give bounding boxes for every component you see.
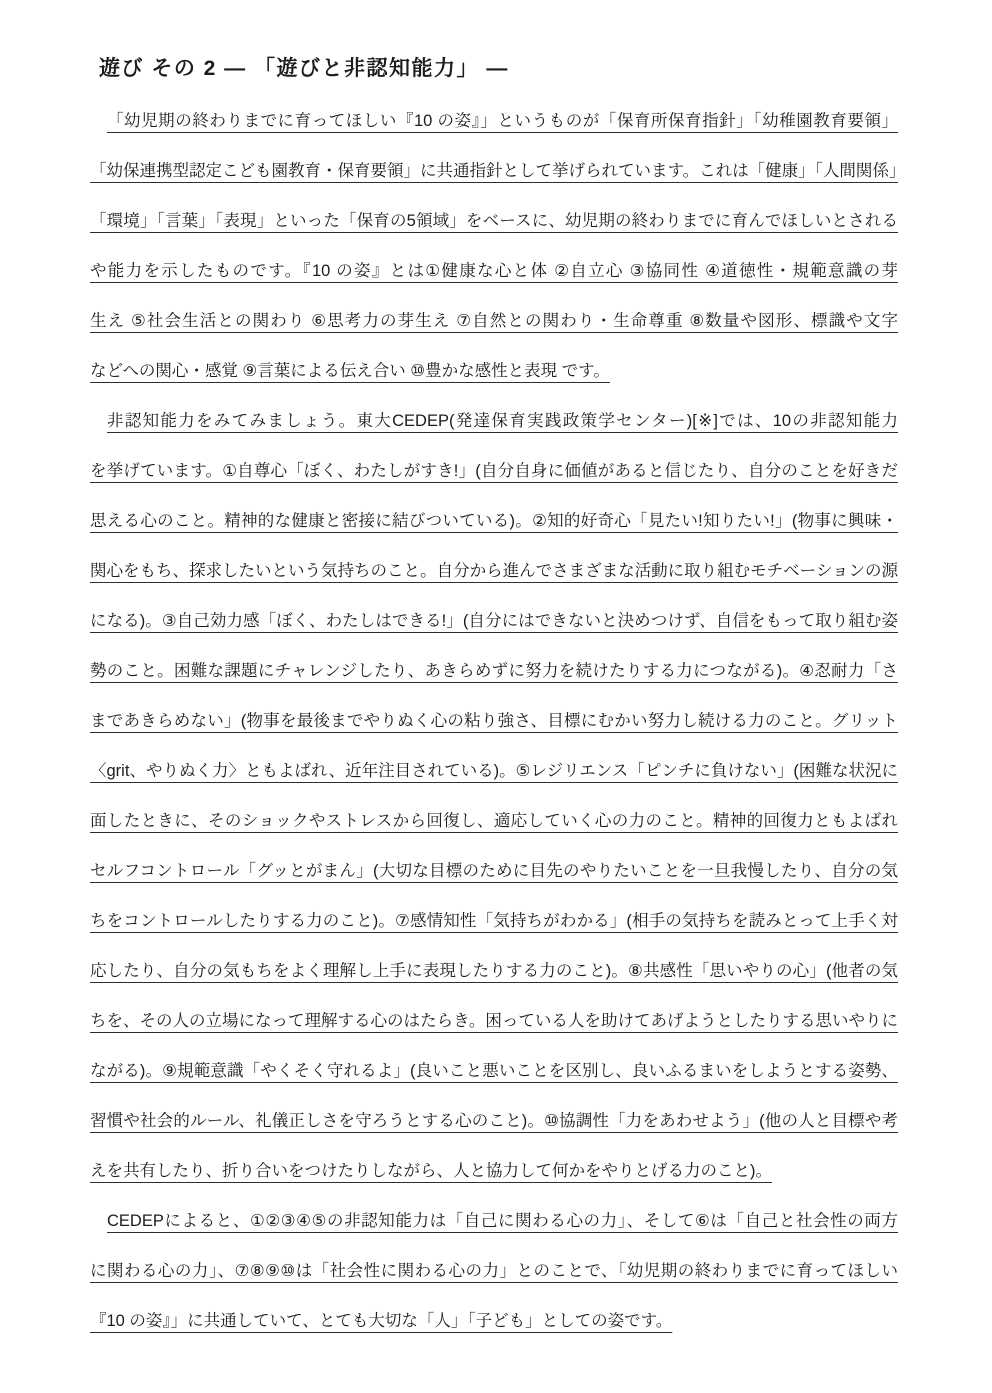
document-title: 遊び その 2 ― 「遊びと非認知能力」 ― — [99, 52, 509, 82]
text-line: や能力を示したものです。『10 の姿』とは①健康な心と体 ②自立心 ③協同性 ④… — [90, 246, 898, 296]
text-line: まであきらめない」(物事を最後までやりぬく心の粘り強さ、目標にむかい努力し続ける… — [90, 696, 898, 746]
text-line: えを共有したり、折り合いをつけたりしながら、人と協力して何かをやりとげる力のこと… — [90, 1146, 898, 1196]
text-line: に関わる心の力」、⑦⑧⑨⑩は「社会性に関わる心の力」とのことで、「幼児期の終わり… — [90, 1246, 898, 1296]
text-line: ながる)。⑨規範意識「やくそく守れるよ」(良いこと悪いことを区別し、良いふるまい… — [90, 1046, 898, 1096]
text-line: CEDEPによると、①②③④⑤の非認知能力は「自己に関わる心の力」、そして⑥は「… — [90, 1196, 898, 1246]
text-line: 「幼保連携型認定こども園教育・保育要領」に共通指針として挙げられています。これは… — [90, 146, 898, 196]
text-line: 面したときに、そのショックやストレスから回復し、適応していく心の力のこと。精神的… — [90, 796, 898, 846]
text-line: 関心をもち、探求したいという気持ちのこと。自分から進んでさまざまな活動に取り組む… — [90, 546, 898, 596]
document-body: 「幼児期の終わりまでに育ってほしい『10 の姿』」というものが「保育所保育指針」… — [90, 96, 898, 1346]
text-line: などへの関心・感覚 ⑨言葉による伝え合い ⑩豊かな感性と表現 です。 — [90, 346, 898, 396]
document-page: 遊び その 2 ― 「遊びと非認知能力」 ― 「幼児期の終わりまでに育ってほしい… — [0, 0, 992, 1393]
text-line: 〈grit、やりぬく力〉ともよばれ、近年注目されている)。⑤レジリエンス「ピンチ… — [90, 746, 898, 796]
text-line: ちをコントロールしたりする力のこと)。⑦感情知性「気持ちがわかる」(相手の気持ち… — [90, 896, 898, 946]
text-line: 思える心のこと。精神的な健康と密接に結びついている)。②知的好奇心「見たい!知り… — [90, 496, 898, 546]
text-line: 生え ⑤社会生活との関わり ⑥思考力の芽生え ⑦自然との関わり・生命尊重 ⑧数量… — [90, 296, 898, 346]
text-line: になる)。③自己効力感「ぼく、わたしはできる!」(自分にはできないと決めつけず、… — [90, 596, 898, 646]
text-line: 非認知能力をみてみましょう。東大CEDEP(発達保育実践政策学センター)[※]で… — [90, 396, 898, 446]
text-line: セルフコントロール「グッとがまん」(大切な目標のために目先のやりたいことを一旦我… — [90, 846, 898, 896]
text-line: 『10 の姿』」に共通していて、とても大切な「人」「子ども」としての姿です。 — [90, 1296, 898, 1346]
text-line: を挙げています。①自尊心「ぼく、わたしがすき!」(自分自身に価値があると信じたり… — [90, 446, 898, 496]
text-line: 応したり、自分の気もちをよく理解し上手に表現したりする力のこと)。⑧共感性「思い… — [90, 946, 898, 996]
text-line: 「幼児期の終わりまでに育ってほしい『10 の姿』」というものが「保育所保育指針」… — [90, 96, 898, 146]
text-line: 習慣や社会的ルール、礼儀正しさを守ろうとする心のこと)。⑩協調性「力をあわせよう… — [90, 1096, 898, 1146]
text-line: ちを、その人の立場になって理解する心のはたらき。困っている人を助けてあげようとし… — [90, 996, 898, 1046]
text-line: 「環境」「言葉」「表現」といった「保育の5領域」をベースに、幼児期の終わりまでに… — [90, 196, 898, 246]
text-line: 勢のこと。困難な課題にチャレンジしたり、あきらめずに努力を続けたりする力につなが… — [90, 646, 898, 696]
